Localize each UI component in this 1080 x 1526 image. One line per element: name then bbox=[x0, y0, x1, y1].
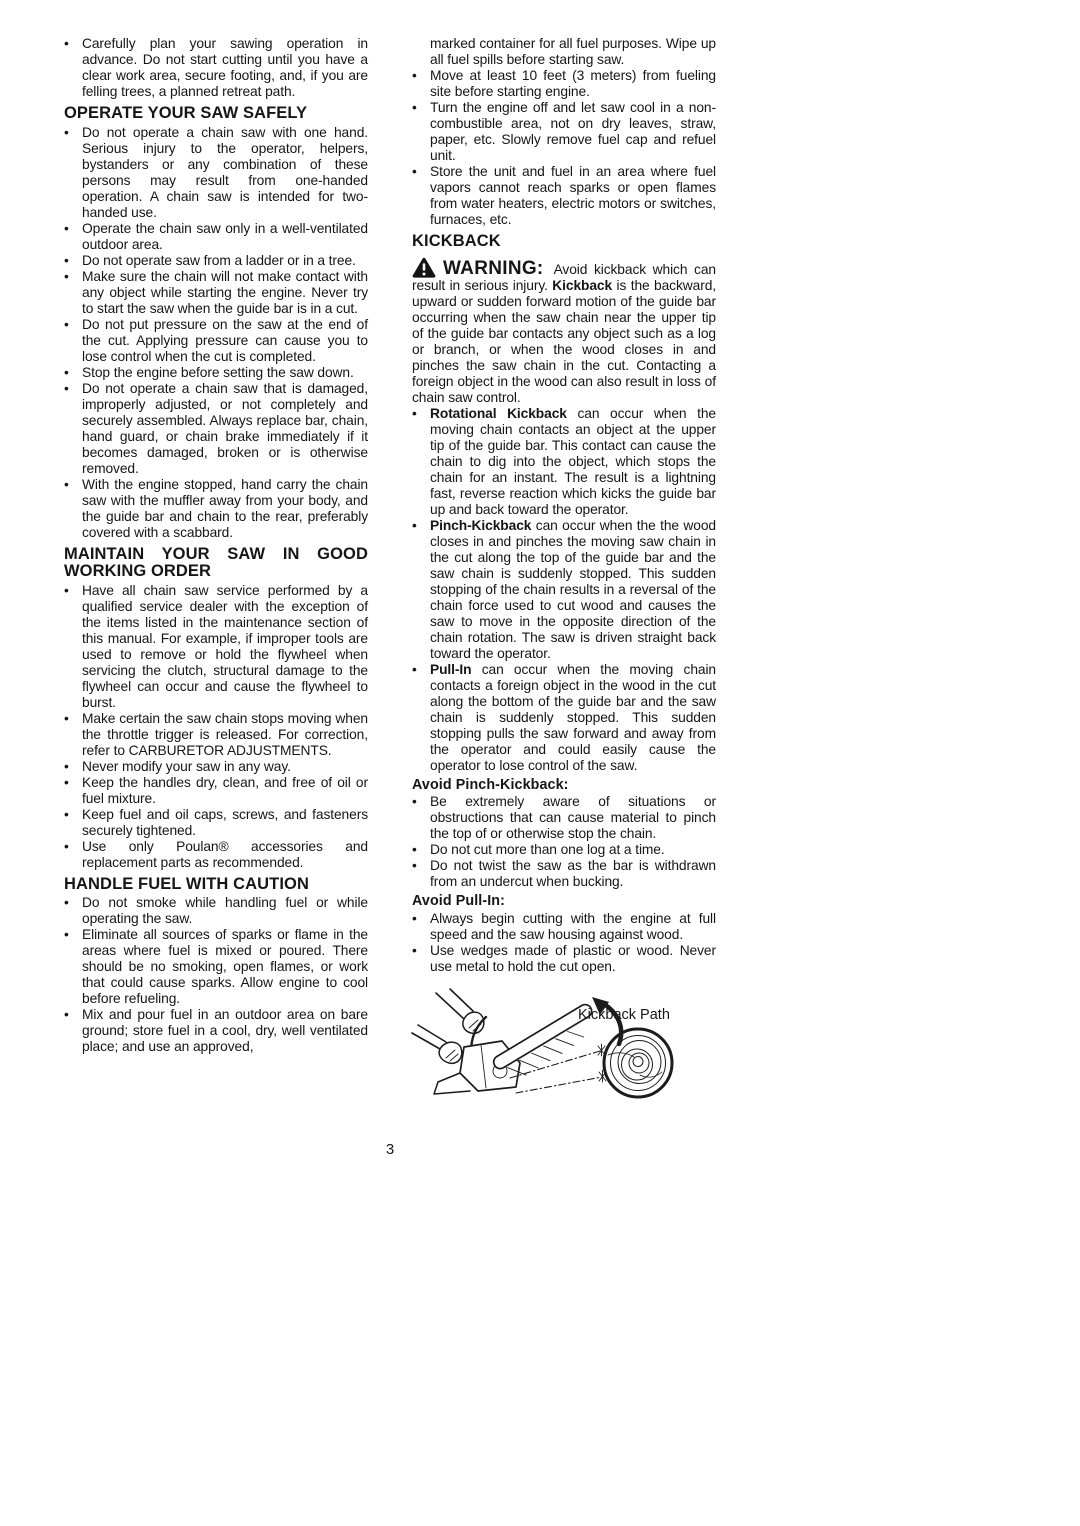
bullet-text: Use wedges made of plastic or wood. Neve… bbox=[430, 943, 716, 975]
bullet-marker: • bbox=[64, 1007, 82, 1023]
bullet-marker: • bbox=[64, 711, 82, 727]
bullet-marker: • bbox=[64, 317, 82, 333]
bullet-text: Carefully plan your sawing operation in … bbox=[82, 36, 368, 100]
bullet-text: Move at least 10 feet (3 meters) from fu… bbox=[430, 68, 716, 100]
list-item: • Do not operate a chain saw that is dam… bbox=[64, 381, 368, 477]
bullet-marker: • bbox=[64, 807, 82, 823]
list-item: • Do not smoke while handling fuel or wh… bbox=[64, 895, 368, 927]
list-item: • Do not operate saw from a ladder or in… bbox=[64, 253, 368, 269]
bullet-text: Rotational Kickback can occur when the m… bbox=[430, 406, 716, 518]
bullet-marker: • bbox=[412, 518, 430, 534]
list-item: • Make sure the chain will not make cont… bbox=[64, 269, 368, 317]
bullet-text: Do not smoke while handling fuel or whil… bbox=[82, 895, 368, 927]
bullet-marker: • bbox=[412, 858, 430, 874]
bullet-body: can occur when the the wood closes in an… bbox=[430, 518, 716, 661]
bullet-marker: • bbox=[64, 253, 82, 269]
bullet-text: Eliminate all sources of sparks or flame… bbox=[82, 927, 368, 1007]
kickback-illustration bbox=[406, 987, 706, 1113]
list-item: • Stop the engine before setting the saw… bbox=[64, 365, 368, 381]
continuation-paragraph: marked container for all fuel purposes. … bbox=[412, 36, 716, 68]
bullet-marker: • bbox=[412, 794, 430, 810]
list-item: • Pinch-Kickback can occur when the the … bbox=[412, 518, 716, 662]
bullet-lead: Rotational Kickback bbox=[430, 406, 567, 421]
list-item: • Keep fuel and oil caps, screws, and fa… bbox=[64, 807, 368, 839]
bullet-marker: • bbox=[64, 365, 82, 381]
list-item: • Do not put pressure on the saw at the … bbox=[64, 317, 368, 365]
bullet-marker: • bbox=[64, 759, 82, 775]
bullet-marker: • bbox=[64, 36, 82, 52]
warning-paragraph: WARNING:Avoid kickback which can result … bbox=[412, 257, 716, 406]
left-column: • Carefully plan your sawing operation i… bbox=[64, 36, 368, 1113]
kickback-figure: Kickback Path bbox=[412, 987, 716, 1113]
subheading-avoid-pinch-kickback: Avoid Pinch-Kickback: bbox=[412, 777, 716, 794]
list-item: • Always begin cutting with the engine a… bbox=[412, 911, 716, 943]
bullet-text: Keep the handles dry, clean, and free of… bbox=[82, 775, 368, 807]
bullet-marker: • bbox=[412, 842, 430, 858]
bullet-marker: • bbox=[412, 662, 430, 678]
bullet-marker: • bbox=[64, 895, 82, 911]
bullet-text: Make certain the saw chain stops moving … bbox=[82, 711, 368, 759]
bullet-marker: • bbox=[64, 775, 82, 791]
bullet-text: Turn the engine off and let saw cool in … bbox=[430, 100, 716, 164]
figure-caption: Kickback Path bbox=[578, 1007, 670, 1023]
bullet-text: Be extremely aware of situations or obst… bbox=[430, 794, 716, 842]
list-item: • Pull-In can occur when the moving chai… bbox=[412, 662, 716, 774]
list-item: • Have all chain saw service performed b… bbox=[64, 583, 368, 711]
bullet-marker: • bbox=[64, 381, 82, 397]
bullet-text: Have all chain saw service performed by … bbox=[82, 583, 368, 711]
bullet-marker: • bbox=[412, 406, 430, 422]
warning-bold-word: Kickback bbox=[552, 278, 612, 293]
bullet-marker: • bbox=[64, 269, 82, 285]
bullet-text: Never modify your saw in any way. bbox=[82, 759, 368, 775]
list-item: • Operate the chain saw only in a well-v… bbox=[64, 221, 368, 253]
document-page: { "glyphs": { "bullet": "•" }, "page": {… bbox=[0, 0, 1080, 1526]
section-heading-handle-fuel: HANDLE FUEL WITH CAUTION bbox=[64, 876, 368, 894]
warning-label: WARNING: bbox=[443, 258, 544, 279]
list-item: • Make certain the saw chain stops movin… bbox=[64, 711, 368, 759]
two-column-layout: • Carefully plan your sawing operation i… bbox=[64, 36, 716, 1113]
list-item: • Do not cut more than one log at a time… bbox=[412, 842, 716, 858]
section-heading-maintain-saw: MAINTAIN YOUR SAW IN GOOD WORKING ORDER bbox=[64, 546, 368, 581]
list-item: • Keep the handles dry, clean, and free … bbox=[64, 775, 368, 807]
warning-text: is the backward, upward or sudden forwar… bbox=[412, 278, 716, 405]
list-item: • Eliminate all sources of sparks or fla… bbox=[64, 927, 368, 1007]
list-item: • Be extremely aware of situations or ob… bbox=[412, 794, 716, 842]
list-item: • Never modify your saw in any way. bbox=[64, 759, 368, 775]
list-item: • Rotational Kickback can occur when the… bbox=[412, 406, 716, 518]
list-item: • Do not operate a chain saw with one ha… bbox=[64, 125, 368, 221]
bullet-marker: • bbox=[412, 100, 430, 116]
bullet-text: Make sure the chain will not make contac… bbox=[82, 269, 368, 317]
list-item: • With the engine stopped, hand carry th… bbox=[64, 477, 368, 541]
bullet-text: With the engine stopped, hand carry the … bbox=[82, 477, 368, 541]
bullet-marker: • bbox=[64, 927, 82, 943]
bullet-marker: • bbox=[64, 839, 82, 855]
list-item: • Use wedges made of plastic or wood. Ne… bbox=[412, 943, 716, 975]
bullet-marker: • bbox=[64, 583, 82, 599]
section-heading-operate-saw-safely: OPERATE YOUR SAW SAFELY bbox=[64, 105, 368, 123]
bullet-text: Do not twist the saw as the bar is withd… bbox=[430, 858, 716, 890]
bullet-text: Do not operate a chain saw with one hand… bbox=[82, 125, 368, 221]
bullet-text: Use only Poulan® accessories and replace… bbox=[82, 839, 368, 871]
bullet-text: Mix and pour fuel in an outdoor area on … bbox=[82, 1007, 368, 1055]
bullet-body: can occur when the moving chain contacts… bbox=[430, 406, 716, 517]
list-item: • Store the unit and fuel in an area whe… bbox=[412, 164, 716, 228]
list-item: • Mix and pour fuel in an outdoor area o… bbox=[64, 1007, 368, 1055]
bullet-body: can occur when the moving chain contacts… bbox=[430, 662, 716, 773]
bullet-marker: • bbox=[412, 943, 430, 959]
bullet-marker: • bbox=[412, 911, 430, 927]
list-item: • Do not twist the saw as the bar is wit… bbox=[412, 858, 716, 890]
list-item: • Use only Poulan® accessories and repla… bbox=[64, 839, 368, 871]
page-content: • Carefully plan your sawing operation i… bbox=[64, 36, 716, 1158]
list-item: • Carefully plan your sawing operation i… bbox=[64, 36, 368, 100]
bullet-text: Do not operate a chain saw that is damag… bbox=[82, 381, 368, 477]
list-item: • Turn the engine off and let saw cool i… bbox=[412, 100, 716, 164]
bullet-text: Keep fuel and oil caps, screws, and fast… bbox=[82, 807, 368, 839]
bullet-text: Stop the engine before setting the saw d… bbox=[82, 365, 368, 381]
bullet-marker: • bbox=[64, 221, 82, 237]
bullet-text: Do not operate saw from a ladder or in a… bbox=[82, 253, 368, 269]
subheading-avoid-pull-in: Avoid Pull-In: bbox=[412, 893, 716, 910]
bullet-text: Operate the chain saw only in a well-ven… bbox=[82, 221, 368, 253]
right-column: marked container for all fuel purposes. … bbox=[412, 36, 716, 1113]
bullet-text: Store the unit and fuel in an area where… bbox=[430, 164, 716, 228]
list-item: • Move at least 10 feet (3 meters) from … bbox=[412, 68, 716, 100]
bullet-marker: • bbox=[64, 125, 82, 141]
warning-triangle-icon bbox=[412, 257, 436, 278]
bullet-text: Do not put pressure on the saw at the en… bbox=[82, 317, 368, 365]
bullet-marker: • bbox=[64, 477, 82, 493]
section-heading-kickback: KICKBACK bbox=[412, 233, 716, 251]
bullet-marker: • bbox=[412, 68, 430, 84]
bullet-marker: • bbox=[412, 164, 430, 180]
bullet-text: Always begin cutting with the engine at … bbox=[430, 911, 716, 943]
bullet-text: Pull-In can occur when the moving chain … bbox=[430, 662, 716, 774]
bullet-text: Pinch-Kickback can occur when the the wo… bbox=[430, 518, 716, 662]
bullet-lead: Pinch-Kickback bbox=[430, 518, 531, 533]
bullet-lead: Pull-In bbox=[430, 662, 471, 677]
bullet-text: Do not cut more than one log at a time. bbox=[430, 842, 716, 858]
page-number: 3 bbox=[64, 1141, 716, 1158]
